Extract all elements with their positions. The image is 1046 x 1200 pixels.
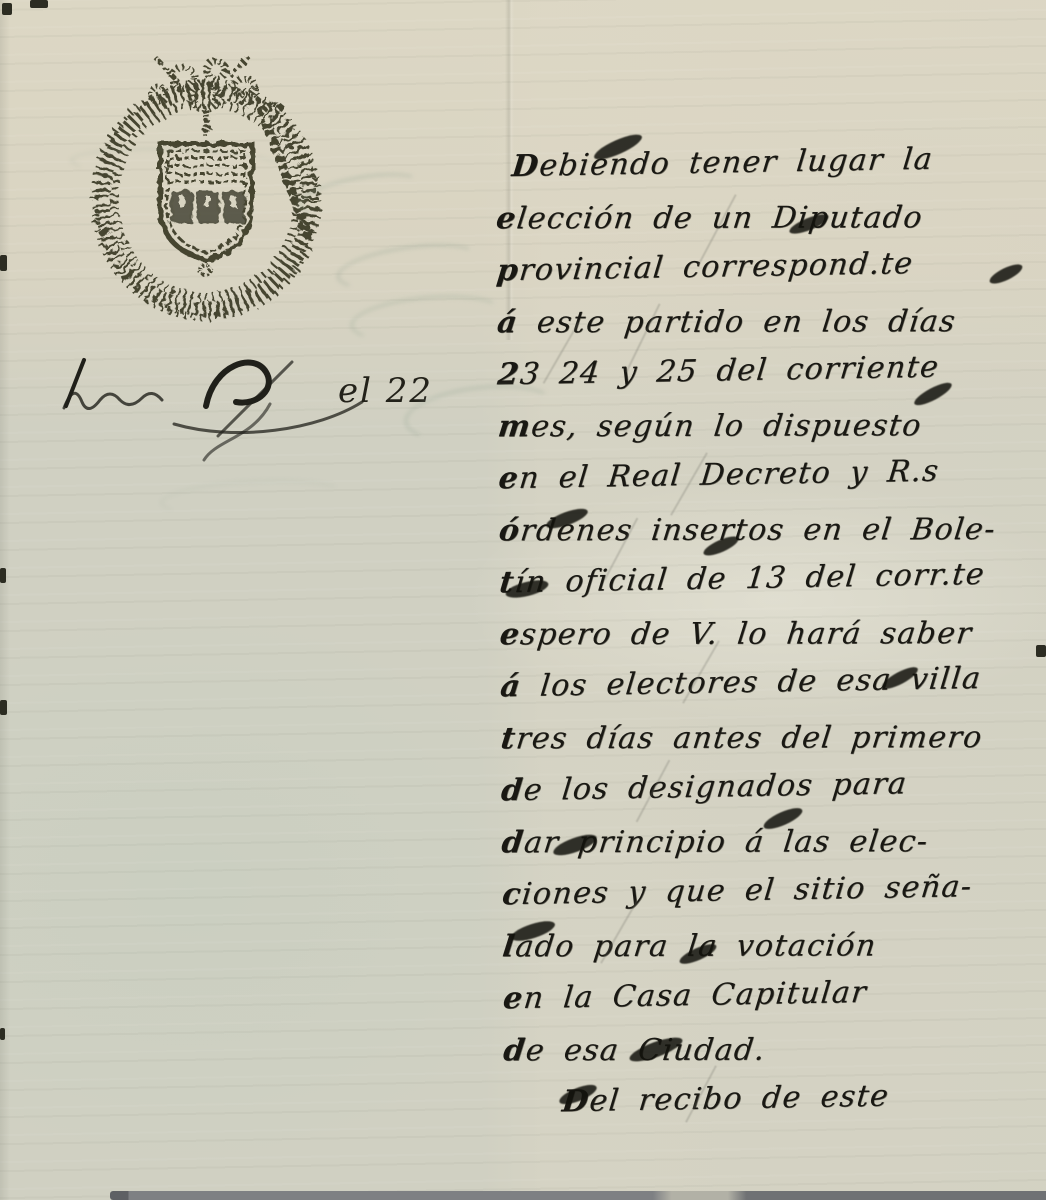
paper-speck — [0, 568, 6, 583]
paper-speck — [0, 255, 7, 271]
paper-speck — [30, 0, 48, 8]
handwritten-line: á los electores de esa villa — [498, 652, 1046, 714]
document-scan: el 22 Debiendo tener lugar la elección d… — [0, 0, 1046, 1200]
handwritten-line: de los designados para — [499, 756, 1046, 818]
handwritten-line: ciones y que el sitio seña- — [500, 860, 1046, 922]
paper-speck — [0, 700, 7, 715]
ghost-smudge — [159, 475, 347, 521]
paper-speck — [1036, 645, 1046, 657]
coat-of-arms-seal — [80, 48, 332, 324]
ghost-smudge — [348, 289, 507, 348]
scan-edge-band — [110, 1191, 1046, 1200]
paper-speck — [2, 3, 12, 15]
handwritten-line: en la Casa Capitular — [500, 964, 1046, 1026]
letter-body: Debiendo tener lugar la elección de un D… — [496, 137, 1046, 1130]
handwritten-line: en el Real Decreto y R.s — [496, 444, 1046, 506]
handwritten-line: Debiendo tener lugar la — [493, 132, 1045, 194]
handwritten-line: provincial correspond.te — [494, 236, 1046, 298]
handwritten-line: 23 24 y 25 del corriente — [495, 340, 1046, 402]
ghost-smudge — [334, 236, 484, 298]
paper-speck — [0, 1028, 5, 1040]
handwritten-line: tín oficial de 13 del corr.te — [497, 548, 1046, 610]
